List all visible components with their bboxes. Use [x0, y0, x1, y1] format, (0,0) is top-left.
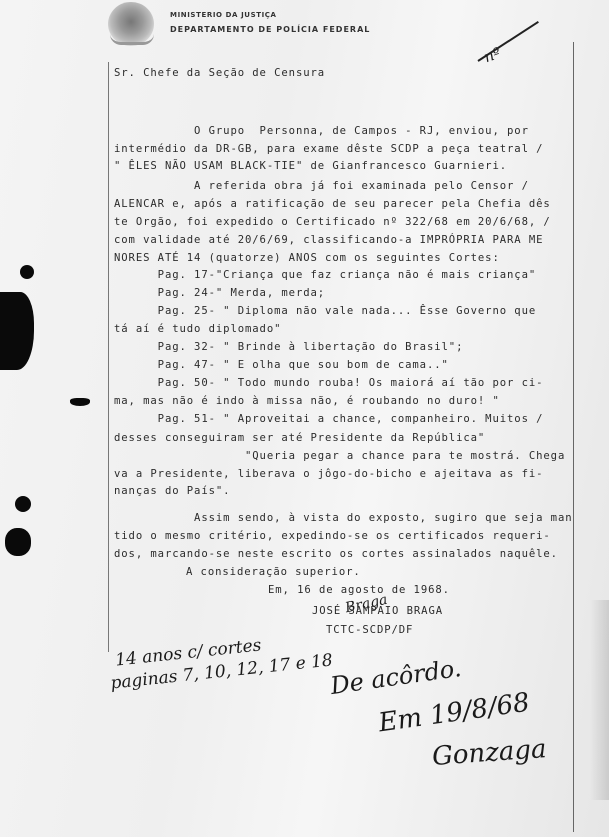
consideration-line: A consideração superior. [186, 566, 361, 578]
signer-name: JOSÉ SAMPAIO BRAGA [312, 605, 443, 617]
body-line: tido o mesmo critério, expedindo-se os c… [114, 530, 551, 542]
ministry-heading: MINISTERIO DA JUSTIÇA [170, 11, 277, 19]
body-line: ma, mas não é indo à missa não, é rouban… [114, 395, 500, 407]
right-margin-line [573, 42, 574, 832]
body-line: intermédio da DR-GB, para exame dêste SC… [114, 143, 543, 155]
body-line: NORES ATÉ 14 (quatorze) ANOS com os segu… [114, 252, 500, 264]
body-line: O Grupo Personna, de Campos - RJ, enviou… [114, 125, 529, 137]
body-line: va a Presidente, liberava o jôgo-do-bich… [114, 468, 543, 480]
left-margin-line [108, 62, 109, 652]
body-line: ALENCAR e, após a ratificação de seu par… [114, 198, 551, 210]
department-heading: DEPARTAMENTO DE POLÍCIA FEDERAL [170, 25, 370, 34]
ink-blot [5, 528, 31, 556]
body-line: Pag. 32- " Brinde à libertação do Brasil… [114, 341, 463, 353]
body-line: te Orgão, foi expedido o Certificado nº … [114, 216, 551, 228]
signer-title: TCTC-SCDP/DF [326, 624, 413, 636]
body-line: desses conseguiram ser até Presidente da… [114, 432, 485, 444]
ink-blot [0, 292, 34, 370]
ink-mark [70, 398, 90, 406]
body-line: A referida obra já foi examinada pelo Ce… [114, 180, 529, 192]
body-line: Assim sendo, à vista do exposto, sugiro … [114, 512, 573, 524]
body-line: dos, marcando-se neste escrito os cortes… [114, 548, 558, 560]
paper-crease [590, 600, 609, 800]
body-line: Pag. 24-" Merda, merda; [114, 287, 325, 299]
body-line: Pag. 51- " Aproveitai a chance, companhe… [114, 413, 543, 425]
body-line: com validade até 20/6/69, classificando-… [114, 234, 543, 246]
body-line: "Queria pegar a chance para te mostrá. C… [114, 450, 565, 462]
body-line: tá aí é tudo diplomado" [114, 323, 281, 335]
body-line: nanças do País". [114, 485, 230, 497]
handwritten-approval-signature: Gonzaga [431, 734, 547, 772]
addressee-line: Sr. Chefe da Seção de Censura [114, 67, 325, 79]
handwritten-approval: De acôrdo. [329, 654, 463, 700]
coat-of-arms-ribbon [110, 34, 154, 45]
punch-hole [20, 265, 34, 279]
body-line: Pag. 50- " Todo mundo rouba! Os maiorá a… [114, 377, 543, 389]
body-line: " ÊLES NÃO USAM BLACK-TIE" de Gianfrance… [114, 160, 507, 172]
date-line: Em, 16 de agosto de 1968. [268, 584, 450, 596]
handwritten-slash [477, 21, 538, 62]
body-line: Pag. 47- " E olha que sou bom de cama.." [114, 359, 449, 371]
punch-hole [15, 496, 31, 512]
handwritten-approval-date: Em 19/8/68 [377, 688, 532, 739]
document-page: MINISTERIO DA JUSTIÇA DEPARTAMENTO DE PO… [0, 0, 609, 837]
body-line: Pag. 17-"Criança que faz criança não é m… [114, 269, 536, 281]
body-line: Pag. 25- " Diploma não vale nada... Êsse… [114, 305, 536, 317]
